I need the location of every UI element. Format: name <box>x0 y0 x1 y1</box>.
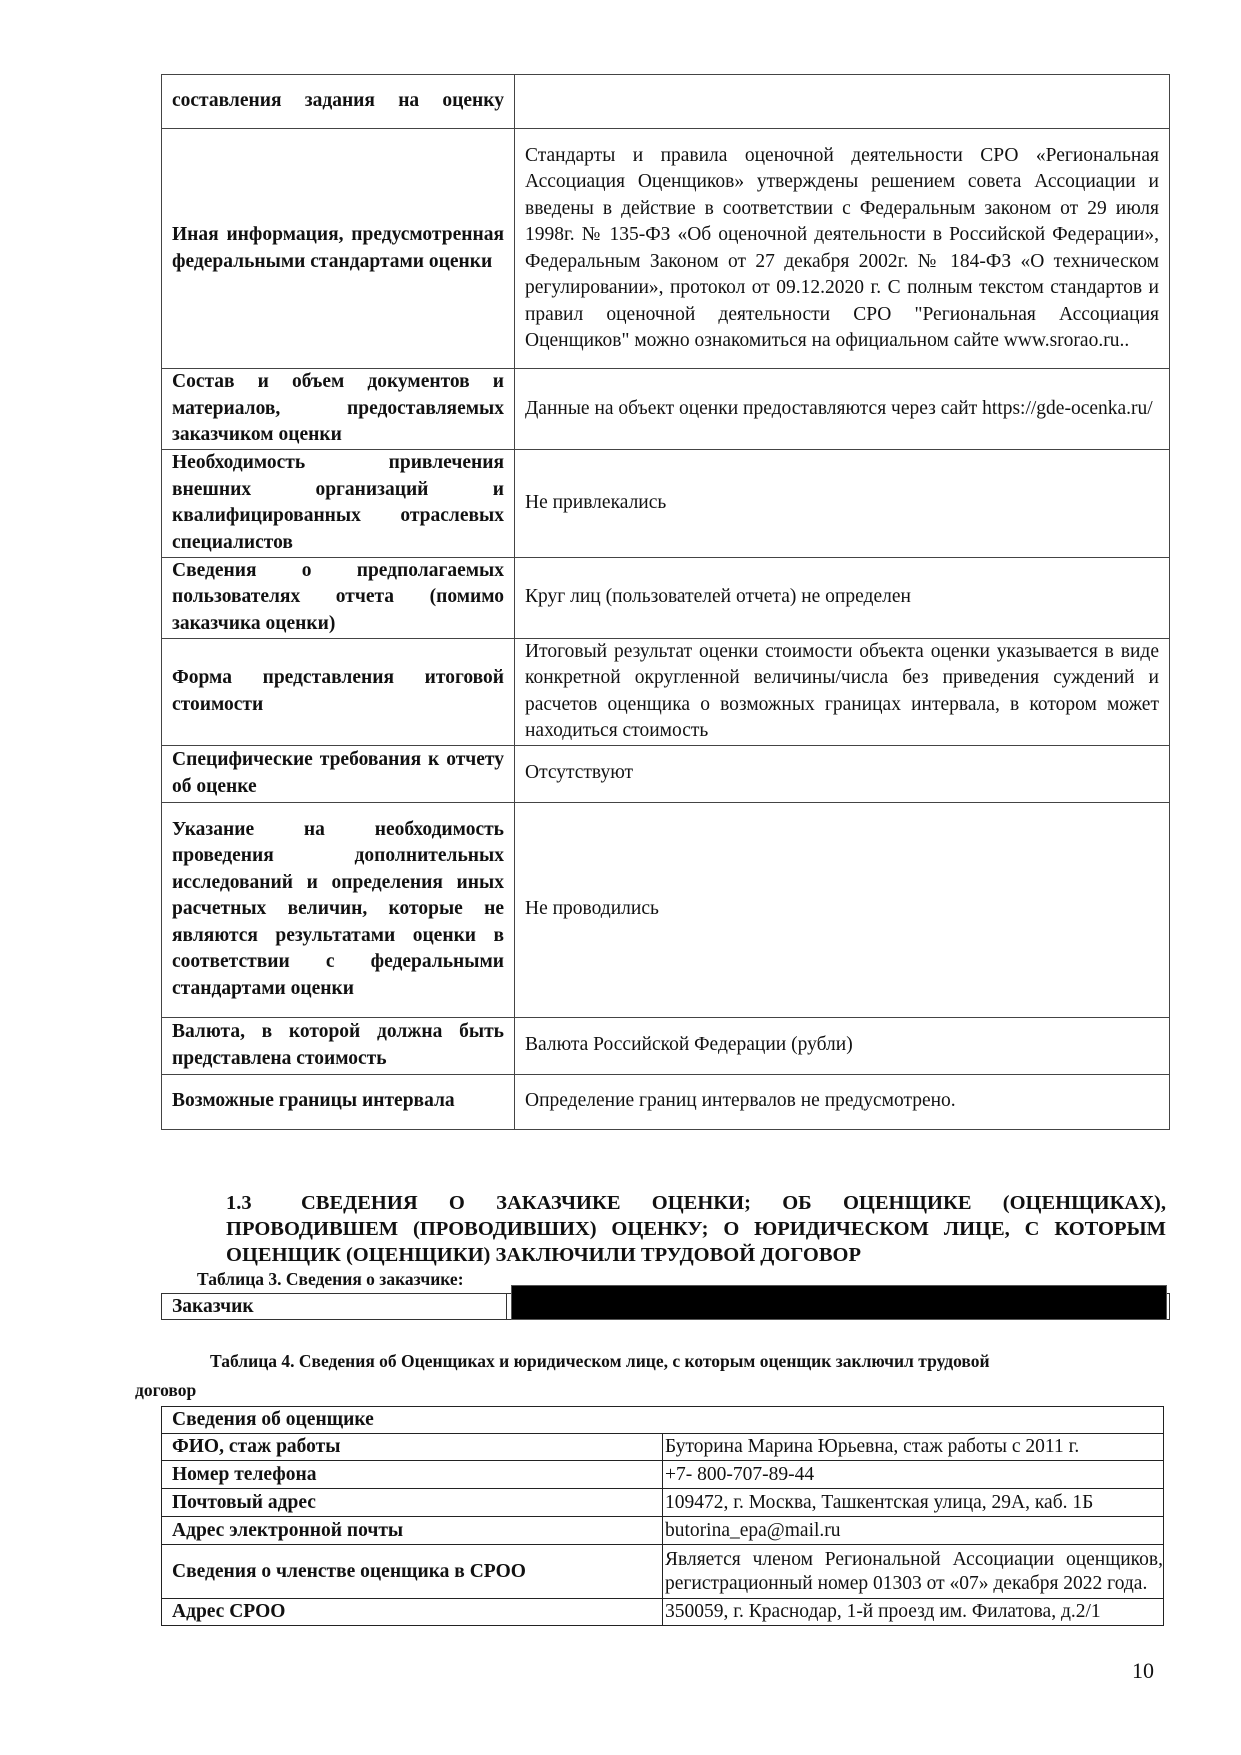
row-label: Состав и объем документов и материалов, … <box>162 369 515 450</box>
row-value: Не проводились <box>515 802 1170 1017</box>
section-number: 1.3 <box>226 1190 301 1216</box>
table-row: Сведения о предполагаемых пользователях … <box>162 557 1170 638</box>
assignment-table: составления задания на оценку Иная инфор… <box>161 74 1170 1130</box>
row-value: Отсутствуют <box>515 745 1170 802</box>
appraiser-table-header: Сведения об оценщике <box>162 1407 1164 1434</box>
row-value: Валюта Российской Федерации (рубли) <box>515 1017 1170 1074</box>
table-row: Возможные границы интервала Определение … <box>162 1074 1170 1129</box>
table-row: Адрес СРОО 350059, г. Краснодар, 1-й про… <box>162 1599 1164 1626</box>
row-value: Буторина Марина Юрьевна, стаж работы с 2… <box>663 1434 1164 1461</box>
row-value: +7- 800-707-89-44 <box>663 1461 1164 1489</box>
table-row: Форма представления итоговой стоимости И… <box>162 638 1170 745</box>
row-value: 109472, г. Москва, Ташкентская улица, 29… <box>663 1489 1164 1517</box>
appraiser-table: Сведения об оценщике ФИО, стаж работы Бу… <box>161 1406 1164 1626</box>
table-row: Специфические требования к отчету об оце… <box>162 745 1170 802</box>
table-row: ФИО, стаж работы Буторина Марина Юрьевна… <box>162 1434 1164 1461</box>
row-value: 350059, г. Краснодар, 1-й проезд им. Фил… <box>663 1599 1164 1626</box>
section-title: СВЕДЕНИЯ О ЗАКАЗЧИКЕ ОЦЕНКИ; ОБ ОЦЕНЩИКЕ… <box>226 1192 1166 1266</box>
row-label: ФИО, стаж работы <box>162 1434 663 1461</box>
row-value: Данные на объект оценки предоставляются … <box>515 369 1170 450</box>
table4-caption-cont: договор <box>135 1379 196 1401</box>
table-row: Номер телефона +7- 800-707-89-44 <box>162 1461 1164 1489</box>
table-row: Сведения об оценщике <box>162 1407 1164 1434</box>
table3-caption: Таблица 3. Сведения о заказчике: <box>197 1268 464 1290</box>
table-row: Иная информация, предусмотренная федерал… <box>162 129 1170 369</box>
row-label: Валюта, в которой должна быть представле… <box>162 1017 515 1074</box>
row-value: Не привлекались <box>515 449 1170 557</box>
section-heading: 1.3СВЕДЕНИЯ О ЗАКАЗЧИКЕ ОЦЕНКИ; ОБ ОЦЕНЩ… <box>226 1190 1166 1268</box>
table4-caption: Таблица 4. Сведения об Оценщиках и юриди… <box>210 1350 990 1372</box>
customer-label: Заказчик <box>162 1294 507 1320</box>
row-label: Указание на необходимость проведения доп… <box>162 802 515 1017</box>
row-label: Сведения о предполагаемых пользователях … <box>162 557 515 638</box>
row-value: Является членом Региональной Ассоциации … <box>663 1545 1164 1599</box>
row-value: Стандарты и правила оценочной деятельнос… <box>515 129 1170 369</box>
table-row: Необходимость привлечения внешних органи… <box>162 449 1170 557</box>
row-label: Почтовый адрес <box>162 1489 663 1517</box>
table-row: Почтовый адрес 109472, г. Москва, Ташкен… <box>162 1489 1164 1517</box>
table-row: Состав и объем документов и материалов, … <box>162 369 1170 450</box>
table-row: составления задания на оценку <box>162 75 1170 129</box>
row-label: Форма представления итоговой стоимости <box>162 638 515 745</box>
row-label: Иная информация, предусмотренная федерал… <box>162 129 515 369</box>
row-value: butorina_epa@mail.ru <box>663 1517 1164 1545</box>
row-label: Необходимость привлечения внешних органи… <box>162 449 515 557</box>
row-label: Возможные границы интервала <box>162 1074 515 1129</box>
row-value <box>515 75 1170 129</box>
row-value: Круг лиц (пользователей отчета) не опред… <box>515 557 1170 638</box>
table-row: Валюта, в которой должна быть представле… <box>162 1017 1170 1074</box>
row-label: составления задания на оценку <box>162 75 515 129</box>
table-row: Сведения о членстве оценщика в СРОО Явля… <box>162 1545 1164 1599</box>
row-label: Адрес СРОО <box>162 1599 663 1626</box>
row-label: Номер телефона <box>162 1461 663 1489</box>
row-value: Определение границ интервалов не предусм… <box>515 1074 1170 1129</box>
table-row: Указание на необходимость проведения доп… <box>162 802 1170 1017</box>
page-number: 10 <box>1132 1658 1154 1684</box>
row-value: Итоговый результат оценки стоимости объе… <box>515 638 1170 745</box>
table-row: Адрес электронной почты butorina_epa@mai… <box>162 1517 1164 1545</box>
row-label: Специфические требования к отчету об оце… <box>162 745 515 802</box>
row-label: Адрес электронной почты <box>162 1517 663 1545</box>
row-label: Сведения о членстве оценщика в СРОО <box>162 1545 663 1599</box>
redacted-customer-name <box>511 1285 1167 1320</box>
